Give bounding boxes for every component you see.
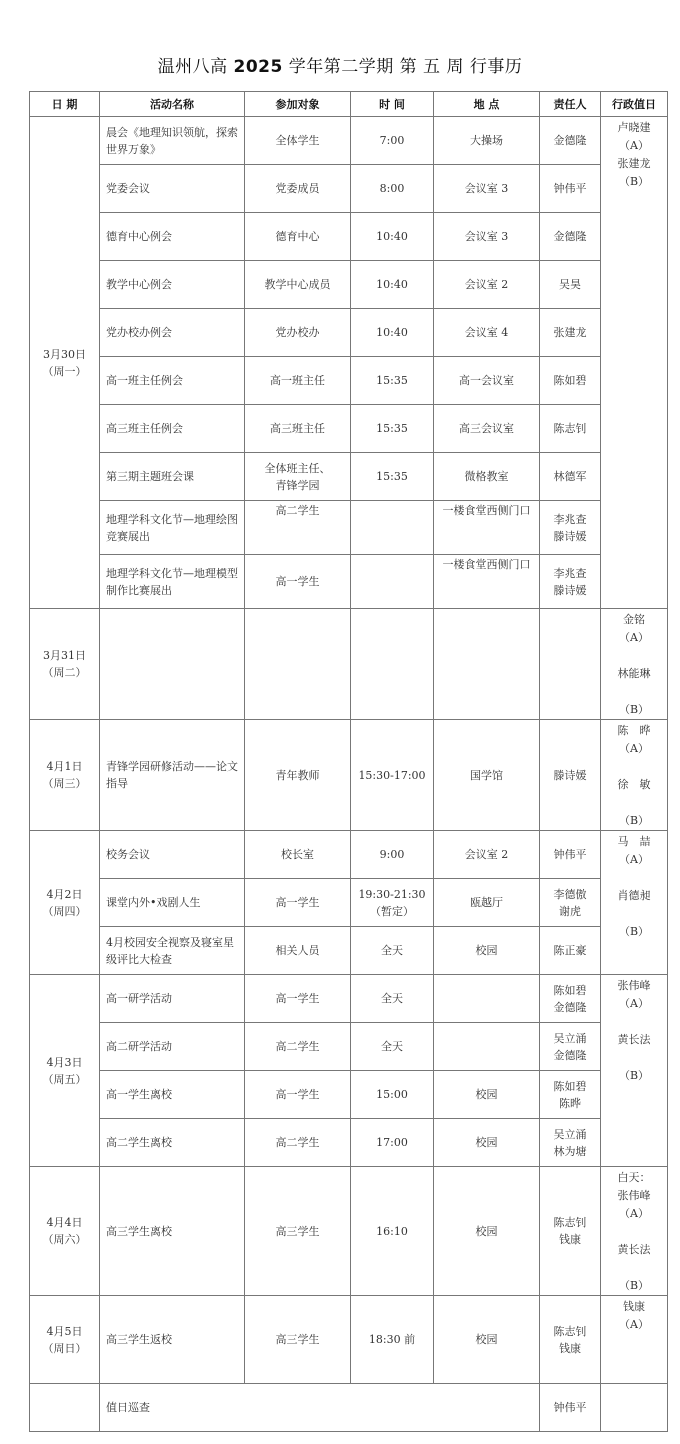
owner: 陈志钊 [540, 405, 601, 453]
owner: 陈如碧 陈晔 [540, 1071, 601, 1119]
duty-cell: 钱康 （A） [601, 1296, 668, 1384]
owner: 滕诗媛 [540, 720, 601, 831]
owner: 林德军 [540, 453, 601, 501]
duty-cell [601, 1384, 668, 1432]
table-row: 4月3日 （周五） 高一研学活动 高一学生 全天 陈如碧 金德隆 张伟峰 （A）… [30, 975, 668, 1023]
title-year: 2025 [234, 57, 283, 77]
location: 一楼食堂西侧门口 [434, 501, 540, 555]
location: 大操场 [434, 117, 540, 165]
participants: 高一学生 [245, 555, 351, 609]
participants: 青年教师 [245, 720, 351, 831]
activity-name: 课堂内外•戏剧人生 [100, 879, 245, 927]
location: 校园 [434, 1296, 540, 1384]
table-row: 教学中心例会 教学中心成员 10:40 会议室 2 吴昊 [30, 261, 668, 309]
table-row: 3月31日 （周二） 金铭 （A） 林能琳 （B） [30, 609, 668, 720]
owner: 李兆查 滕诗媛 [540, 501, 601, 555]
table-row: 4月4日 （周六） 高三学生离校 高三学生 16:10 校园 陈志钊 钱康 白天… [30, 1167, 668, 1296]
table-row: 4月1日 （周三） 青锋学园研修活动——论文指导 青年教师 15:30-17:0… [30, 720, 668, 831]
location: 会议室 3 [434, 213, 540, 261]
title-school: 温州八高 [158, 57, 228, 77]
header-date: 日 期 [30, 92, 100, 117]
owner: 钟伟平 [540, 1384, 601, 1432]
table-row: 课堂内外•戏剧人生 高一学生 19:30-21:30 （暂定） 瓯越厅 李德傲 … [30, 879, 668, 927]
location [434, 1023, 540, 1071]
table-row: 高二学生离校 高二学生 17:00 校园 吴立涌 林为塘 [30, 1119, 668, 1167]
participants: 高三学生 [245, 1167, 351, 1296]
header-row: 日 期 活动名称 参加对象 时 间 地 点 责任人 行政值日 [30, 92, 668, 117]
participants: 高二学生 [245, 501, 351, 555]
participants: 党办校办 [245, 309, 351, 357]
time [351, 501, 434, 555]
time: 10:40 [351, 261, 434, 309]
participants: 高一学生 [245, 879, 351, 927]
location: 会议室 2 [434, 261, 540, 309]
activity-name: 值日巡查 [100, 1384, 540, 1432]
table-row: 高二研学活动 高二学生 全天 吴立涌 金德隆 [30, 1023, 668, 1071]
location: 校园 [434, 1119, 540, 1167]
location: 校园 [434, 1167, 540, 1296]
time: 全天 [351, 975, 434, 1023]
location: 瓯越厅 [434, 879, 540, 927]
owner [540, 609, 601, 720]
location: 会议室 4 [434, 309, 540, 357]
header-owner: 责任人 [540, 92, 601, 117]
owner: 吴立涌 林为塘 [540, 1119, 601, 1167]
activity-name: 德育中心例会 [100, 213, 245, 261]
participants: 党委成员 [245, 165, 351, 213]
participants: 相关人员 [245, 927, 351, 975]
table-row: 党办校办例会 党办校办 10:40 会议室 4 张建龙 [30, 309, 668, 357]
activity-name: 晨会《地理知识领航，探索世界万象》 [100, 117, 245, 165]
activity-name: 高三学生离校 [100, 1167, 245, 1296]
duty-cell: 白天： 张伟峰 （A） 黄长法 （B） [601, 1167, 668, 1296]
table-row: 3月30日 （周一） 晨会《地理知识领航，探索世界万象》 全体学生 7:00 大… [30, 117, 668, 165]
time: 全天 [351, 1023, 434, 1071]
header-location: 地 点 [434, 92, 540, 117]
table-row: 德育中心例会 德育中心 10:40 会议室 3 金德隆 [30, 213, 668, 261]
activity-name: 第三期主题班会课 [100, 453, 245, 501]
owner: 钟伟平 [540, 831, 601, 879]
owner: 金德隆 [540, 213, 601, 261]
owner: 陈正豪 [540, 927, 601, 975]
activity-name: 高二学生离校 [100, 1119, 245, 1167]
header-participants: 参加对象 [245, 92, 351, 117]
date-cell: 4月5日 （周日） [30, 1296, 100, 1384]
participants: 高一学生 [245, 975, 351, 1023]
activity-name: 高一班主任例会 [100, 357, 245, 405]
participants: 教学中心成员 [245, 261, 351, 309]
time: 8:00 [351, 165, 434, 213]
participants: 高三班主任 [245, 405, 351, 453]
time: 19:30-21:30 （暂定） [351, 879, 434, 927]
participants: 高二学生 [245, 1023, 351, 1071]
location: 高一会议室 [434, 357, 540, 405]
weekly-calendar-table: 日 期 活动名称 参加对象 时 间 地 点 责任人 行政值日 3月30日 （周一… [29, 91, 668, 1432]
participants: 高一班主任 [245, 357, 351, 405]
table-row: 高三班主任例会 高三班主任 15:35 高三会议室 陈志钊 [30, 405, 668, 453]
date-cell [30, 1384, 100, 1432]
table-row: 地理学科文化节—地理模型制作比赛展出 高一学生 一楼食堂西侧门口 李兆查 滕诗媛 [30, 555, 668, 609]
participants: 全体学生 [245, 117, 351, 165]
owner: 吴立涌 金德隆 [540, 1023, 601, 1071]
header-duty: 行政值日 [601, 92, 668, 117]
location: 校园 [434, 1071, 540, 1119]
time [351, 609, 434, 720]
duty-cell: 金铭 （A） 林能琳 （B） [601, 609, 668, 720]
activity-name: 高一学生离校 [100, 1071, 245, 1119]
activity-name: 青锋学园研修活动——论文指导 [100, 720, 245, 831]
header-time: 时 间 [351, 92, 434, 117]
activity-name: 高二研学活动 [100, 1023, 245, 1071]
title-term: 学年第二学期 第 五 周 行事历 [289, 57, 523, 77]
participants: 高一学生 [245, 1071, 351, 1119]
header-activity: 活动名称 [100, 92, 245, 117]
duty-cell: 陈 晔 （A） 徐 敏 （B） [601, 720, 668, 831]
activity-name: 党办校办例会 [100, 309, 245, 357]
table-row-duty-patrol: 值日巡查 钟伟平 [30, 1384, 668, 1432]
location: 会议室 2 [434, 831, 540, 879]
activity-name: 高三班主任例会 [100, 405, 245, 453]
table-row: 第三期主题班会课 全体班主任、 青锋学园 15:35 微格教室 林德军 [30, 453, 668, 501]
table-row: 党委会议 党委成员 8:00 会议室 3 钟伟平 [30, 165, 668, 213]
participants [245, 609, 351, 720]
time [351, 555, 434, 609]
date-cell: 4月1日 （周三） [30, 720, 100, 831]
date-cell: 3月31日 （周二） [30, 609, 100, 720]
duty-cell: 张伟峰 （A） 黄长法 （B） [601, 975, 668, 1167]
duty-cell: 马 喆 （A） 肖德昶 （B） [601, 831, 668, 975]
table-row: 高一学生离校 高一学生 15:00 校园 陈如碧 陈晔 [30, 1071, 668, 1119]
activity-name: 党委会议 [100, 165, 245, 213]
owner: 李德傲 谢虎 [540, 879, 601, 927]
table-row: 4月2日 （周四） 校务会议 校长室 9:00 会议室 2 钟伟平 马 喆 （A… [30, 831, 668, 879]
participants: 高三学生 [245, 1296, 351, 1384]
activity-name: 校务会议 [100, 831, 245, 879]
time: 7:00 [351, 117, 434, 165]
owner: 钟伟平 [540, 165, 601, 213]
time: 15:30-17:00 [351, 720, 434, 831]
participants: 德育中心 [245, 213, 351, 261]
time: 18:30 前 [351, 1296, 434, 1384]
activity-name: 高三学生返校 [100, 1296, 245, 1384]
table-row: 高一班主任例会 高一班主任 15:35 高一会议室 陈如碧 [30, 357, 668, 405]
participants: 全体班主任、 青锋学园 [245, 453, 351, 501]
owner: 陈如碧 金德隆 [540, 975, 601, 1023]
participants: 校长室 [245, 831, 351, 879]
owner: 金德隆 [540, 117, 601, 165]
duty-cell: 卢晓建 （A） 张建龙 （B） [601, 117, 668, 609]
time: 9:00 [351, 831, 434, 879]
activity-name: 高一研学活动 [100, 975, 245, 1023]
owner: 陈志钊 钱康 [540, 1296, 601, 1384]
activity-name: 4月校园安全视察及寝室星级评比大检查 [100, 927, 245, 975]
location: 会议室 3 [434, 165, 540, 213]
time: 17:00 [351, 1119, 434, 1167]
owner: 李兆查 滕诗媛 [540, 555, 601, 609]
time: 10:40 [351, 309, 434, 357]
date-cell: 4月4日 （周六） [30, 1167, 100, 1296]
location: 微格教室 [434, 453, 540, 501]
activity-name: 地理学科文化节—地理模型制作比赛展出 [100, 555, 245, 609]
table-row: 4月校园安全视察及寝室星级评比大检查 相关人员 全天 校园 陈正豪 [30, 927, 668, 975]
owner: 陈如碧 [540, 357, 601, 405]
activity-name: 地理学科文化节—地理绘图竞赛展出 [100, 501, 245, 555]
location: 高三会议室 [434, 405, 540, 453]
page-title: 温州八高 2025 学年第二学期 第 五 周 行事历 [0, 52, 680, 77]
time: 15:35 [351, 453, 434, 501]
time: 15:35 [351, 405, 434, 453]
time: 全天 [351, 927, 434, 975]
time: 16:10 [351, 1167, 434, 1296]
location: 国学馆 [434, 720, 540, 831]
table-row: 4月5日 （周日） 高三学生返校 高三学生 18:30 前 校园 陈志钊 钱康 … [30, 1296, 668, 1384]
activity-name: 教学中心例会 [100, 261, 245, 309]
owner: 吴昊 [540, 261, 601, 309]
time: 10:40 [351, 213, 434, 261]
owner: 张建龙 [540, 309, 601, 357]
owner: 陈志钊 钱康 [540, 1167, 601, 1296]
time: 15:00 [351, 1071, 434, 1119]
location: 一楼食堂西侧门口 [434, 555, 540, 609]
table-row: 地理学科文化节—地理绘图竞赛展出 高二学生 一楼食堂西侧门口 李兆查 滕诗媛 [30, 501, 668, 555]
time: 15:35 [351, 357, 434, 405]
location [434, 975, 540, 1023]
date-cell: 3月30日 （周一） [30, 117, 100, 609]
participants: 高二学生 [245, 1119, 351, 1167]
date-cell: 4月3日 （周五） [30, 975, 100, 1167]
location [434, 609, 540, 720]
date-cell: 4月2日 （周四） [30, 831, 100, 975]
activity-name [100, 609, 245, 720]
location: 校园 [434, 927, 540, 975]
